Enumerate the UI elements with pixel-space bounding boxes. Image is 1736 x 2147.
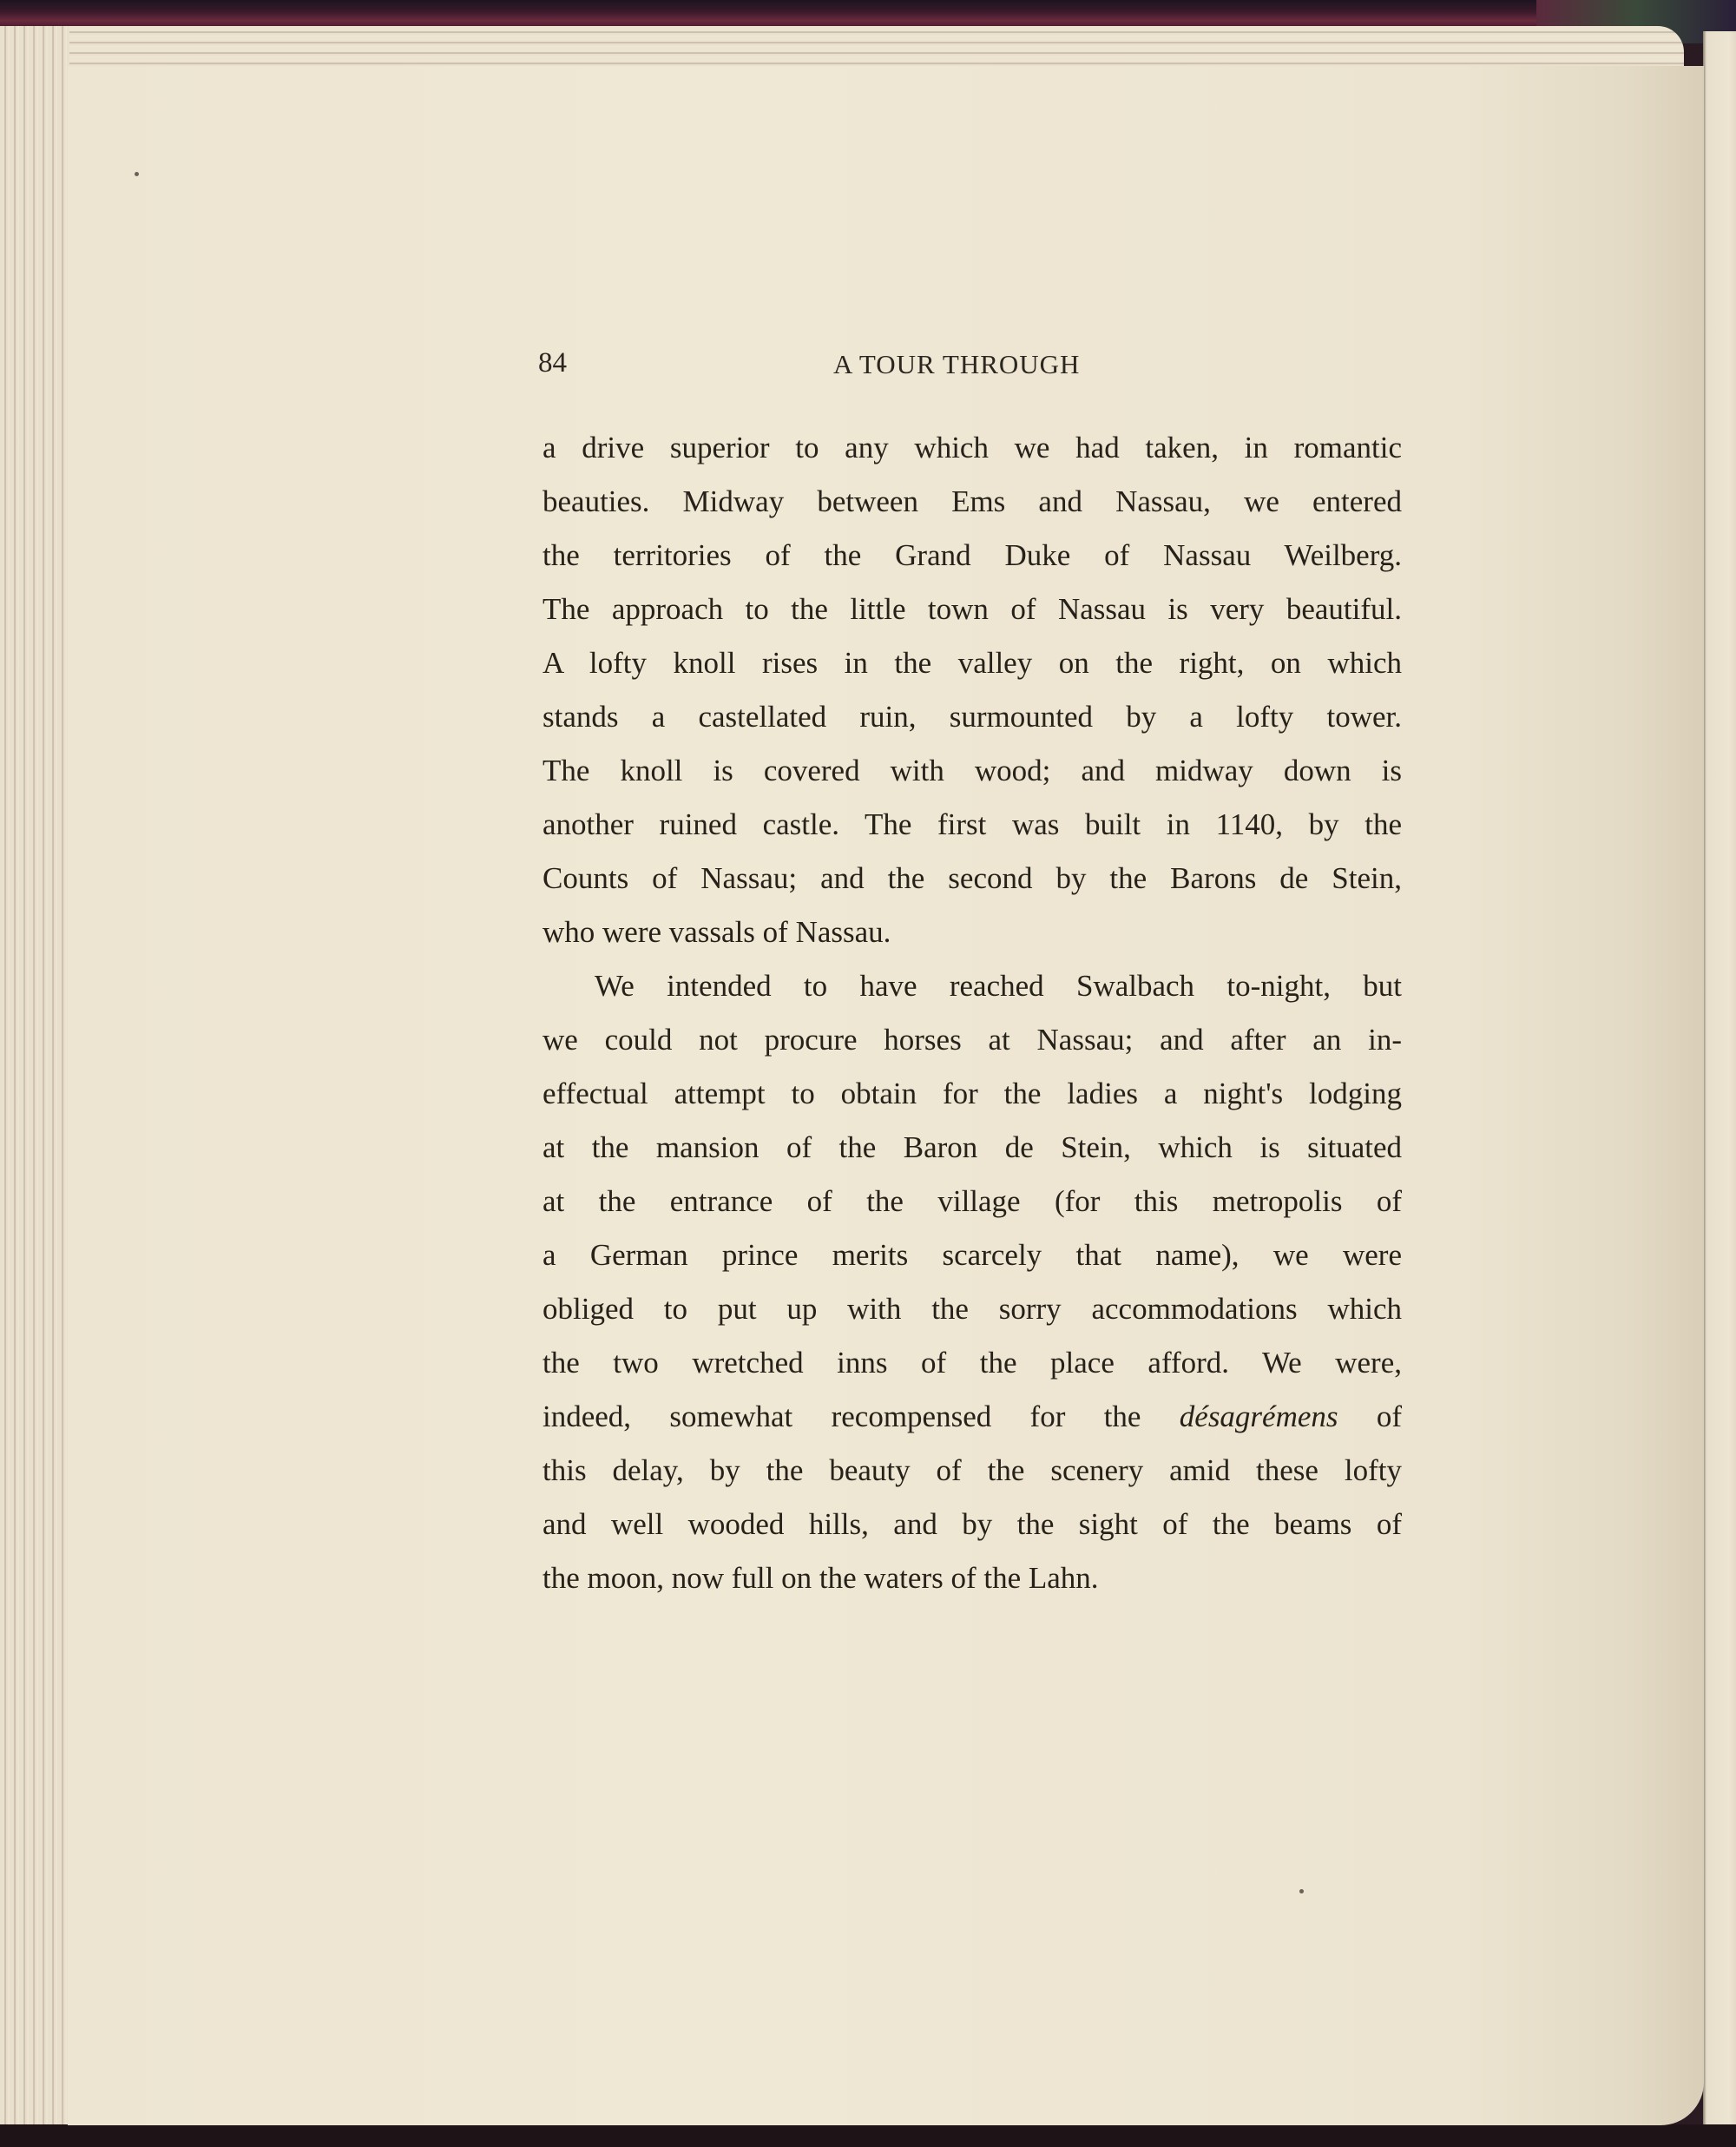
text-line: the moon, now full on the waters of the … — [542, 1551, 1402, 1605]
text-line: the territories of the Grand Duke of Nas… — [542, 529, 1402, 583]
text-line: this delay, by the beauty of the scenery… — [542, 1444, 1402, 1498]
text-line: at the entrance of the village (for this… — [542, 1175, 1402, 1228]
page-stack-left-edge — [0, 26, 69, 2131]
running-title: A TOUR THROUGH — [833, 349, 1080, 380]
text-line: stands a castellated ruin, surmounted by… — [542, 690, 1402, 744]
text-line: who were vassals of Nassau. — [542, 906, 1402, 959]
text-line: beauties. Midway between Ems and Nassau,… — [542, 475, 1402, 529]
text-fragment: indeed, somewhat recompensed for the — [542, 1400, 1141, 1433]
paper-speck — [1299, 1889, 1304, 1893]
text-line: effectual attempt to obtain for the ladi… — [542, 1067, 1402, 1121]
text-line: obliged to put up with the sorry accommo… — [542, 1282, 1402, 1336]
book-binding-top — [0, 0, 1736, 30]
text-line: Counts of Nassau; and the second by the … — [542, 852, 1402, 906]
page-stack-top-edge — [0, 26, 1684, 68]
text-line: we could not procure horses at Nassau; a… — [542, 1013, 1402, 1067]
book-binding-bottom — [0, 2124, 1736, 2147]
text-line: a German prince merits scarcely that nam… — [542, 1228, 1402, 1282]
text-line: The knoll is covered with wood; and midw… — [542, 744, 1402, 798]
text-fragment: of — [1377, 1400, 1402, 1433]
italic-phrase: désagrémens — [1180, 1400, 1338, 1433]
text-line: The approach to the little town of Nassa… — [542, 583, 1402, 636]
page-right-edge — [1703, 31, 1736, 2132]
text-line: at the mansion of the Baron de Stein, wh… — [542, 1121, 1402, 1175]
text-line: A lofty knoll rises in the valley on the… — [542, 636, 1402, 690]
text-line-with-italic: indeed, somewhat recompensed for the dés… — [542, 1390, 1402, 1444]
paper-speck — [135, 172, 139, 176]
running-head: 84 A TOUR THROUGH — [538, 347, 1406, 382]
page-number: 84 — [538, 347, 567, 379]
body-text: a drive superior to any which we had tak… — [542, 421, 1402, 1605]
text-line: another ruined castle. The first was bui… — [542, 798, 1402, 852]
text-line: the two wretched inns of the place affor… — [542, 1336, 1402, 1390]
text-line: We intended to have reached Swalbach to-… — [542, 959, 1402, 1013]
text-line: a drive superior to any which we had tak… — [542, 421, 1402, 475]
text-line: and well wooded hills, and by the sight … — [542, 1498, 1402, 1551]
